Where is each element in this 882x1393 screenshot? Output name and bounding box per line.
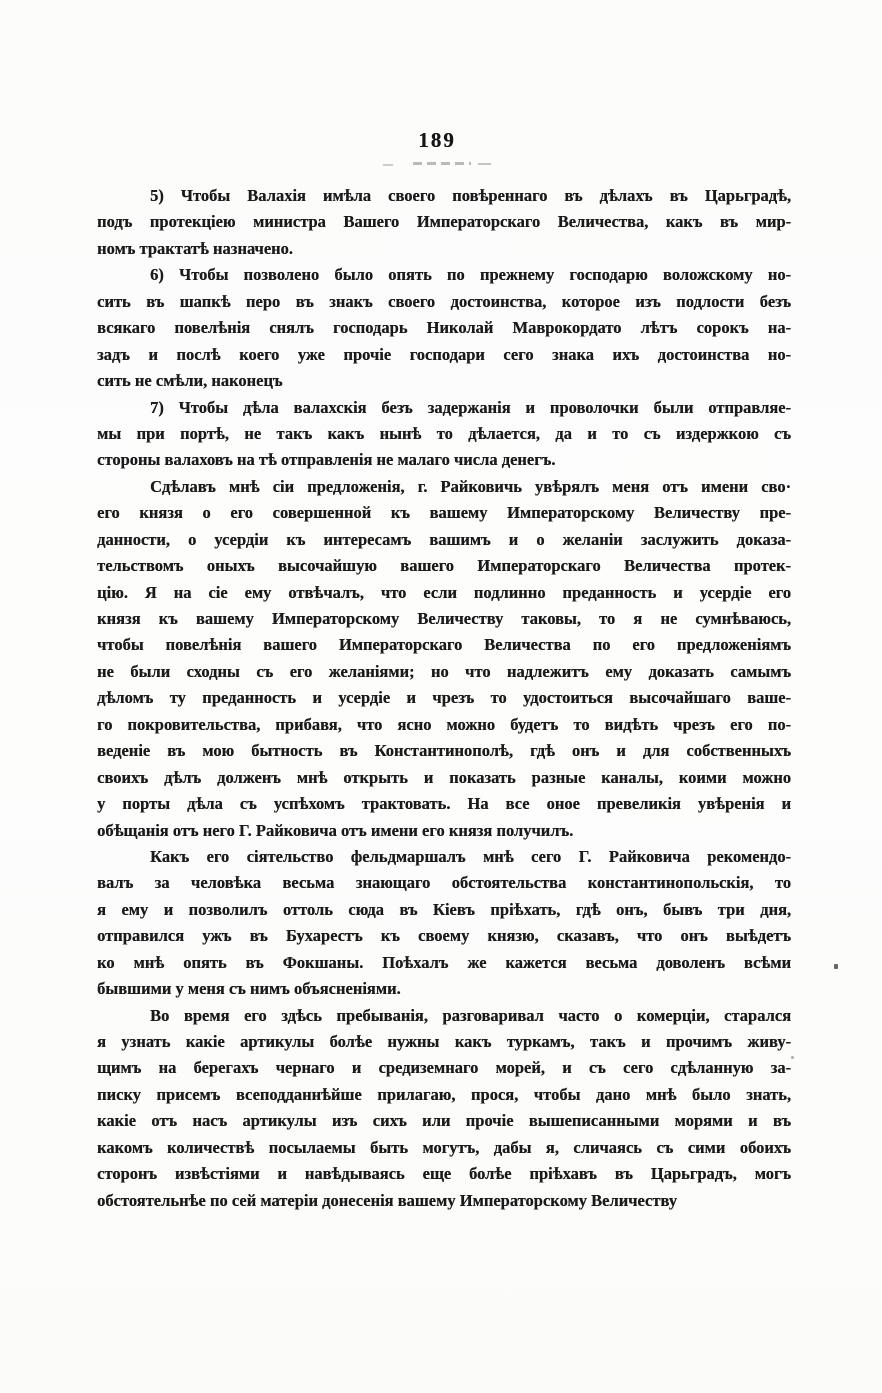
text-line: я ему и позволилъ оттоль сюда въ Кіевъ п… (97, 897, 791, 923)
text-line: всякаго повелѣнія снялъ господарь Никола… (97, 315, 791, 341)
text-line: тельствомъ оныхъ высочайшую вашего Импер… (97, 553, 791, 579)
text-line: чтобы повелѣнія вашего Императорскаго Ве… (97, 632, 791, 658)
paragraph: 7) Чтобы дѣла валахскія безъ задержанія … (97, 395, 791, 474)
text-line: валъ за человѣка весьма знающаго обстоят… (97, 870, 791, 896)
text-line: мы при портѣ, не такъ какъ нынѣ то дѣлае… (97, 421, 791, 447)
text-line: данности, о усердіи къ интересамъ вашимъ… (97, 527, 791, 553)
text-line: цію. Я на сіе ему отвѣчалъ, что если под… (97, 580, 791, 606)
text-line: подъ протекціею министра Вашего Императо… (97, 209, 791, 235)
text-line: задъ и послѣ коего уже прочіе господари … (97, 342, 791, 368)
text-line: сить въ шапкѣ перо въ знакъ своего досто… (97, 289, 791, 315)
paragraph: 6) Чтобы позволено было опять по прежнем… (97, 262, 791, 394)
text-line: писку присемъ всеподданнѣйше прилагаю, п… (97, 1082, 791, 1108)
text-line: 5) Чтобы Валахія имѣла своего повѣреннаг… (150, 183, 791, 209)
text-line: бывшими у меня съ нимъ объясненіями. (97, 976, 791, 1002)
ink-speck (834, 964, 838, 969)
text-line: его князя о его совершенной къ вашему Им… (97, 500, 791, 526)
text-line: князя къ вашему Императорскому Величеств… (97, 606, 791, 632)
text-line: стороны валаховъ на тѣ отправленія не ма… (97, 447, 791, 473)
text-line: 7) Чтобы дѣла валахскія безъ задержанія … (150, 395, 791, 421)
text-line: я узнать какіе артикулы болѣе нужны какъ… (97, 1029, 791, 1055)
text-line: Во время его здѣсь пребыванія, разговари… (150, 1003, 791, 1029)
text-line: Сдѣлавъ мнѣ сіи предложенія, г. Райкович… (150, 474, 791, 500)
ink-bleed-smudge (383, 164, 393, 166)
text-line: обѣщанія отъ него Г. Райковича отъ имени… (97, 818, 791, 844)
text-line: обстоятельнѣе по сей матеріи донесенія в… (97, 1188, 791, 1214)
text-line: у порты дѣла съ успѣхомъ трактовать. На … (97, 791, 791, 817)
text-line: не были сходны съ его желаніями; но что … (97, 659, 791, 685)
text-line: своихъ дѣлъ долженъ мнѣ открыть и показа… (97, 765, 791, 791)
scanned-book-page: 189 5) Чтобы Валахія имѣла своего повѣре… (0, 0, 882, 1393)
ink-bleed-smudge (478, 163, 491, 165)
text-line: Какъ его сіятельство фельдмаршалъ мнѣ се… (150, 844, 791, 870)
text-line: сторонъ извѣстіями и навѣдываясь еще бол… (97, 1161, 791, 1187)
text-line: веденіе въ мою бытность въ Константинопо… (97, 738, 791, 764)
text-line: сить не смѣли, наконецъ (97, 368, 791, 394)
text-line: какіе отъ насъ артикулы изъ сихъ или про… (97, 1108, 791, 1134)
paragraph: Какъ его сіятельство фельдмаршалъ мнѣ се… (97, 844, 791, 1003)
ink-speck (791, 1056, 794, 1059)
ink-bleed-smudge (413, 162, 471, 165)
text-line: отправился ужъ въ Бухарестъ къ своему кн… (97, 923, 791, 949)
paragraph: 5) Чтобы Валахія имѣла своего повѣреннаг… (97, 183, 791, 262)
text-line: го покровительства, прибавя, что ясно мо… (97, 712, 791, 738)
page-number: 189 (97, 128, 777, 153)
text-line: номъ трактатѣ назначено. (97, 236, 791, 262)
paragraph: Сдѣлавъ мнѣ сіи предложенія, г. Райкович… (97, 474, 791, 844)
text-line: 6) Чтобы позволено было опять по прежнем… (150, 262, 791, 288)
paragraph: Во время его здѣсь пребыванія, разговари… (97, 1003, 791, 1215)
text-line: щимъ на берегахъ чернаго и средиземнаго … (97, 1055, 791, 1081)
text-block: 5) Чтобы Валахія имѣла своего повѣреннаг… (97, 183, 791, 1214)
text-line: какомъ количествѣ посылаемы быть могутъ,… (97, 1135, 791, 1161)
text-line: дѣломъ ту преданность и усердіе и чрезъ … (97, 685, 791, 711)
text-line: ко мнѣ опять въ Фокшаны. Поѣхалъ же каже… (97, 950, 791, 976)
